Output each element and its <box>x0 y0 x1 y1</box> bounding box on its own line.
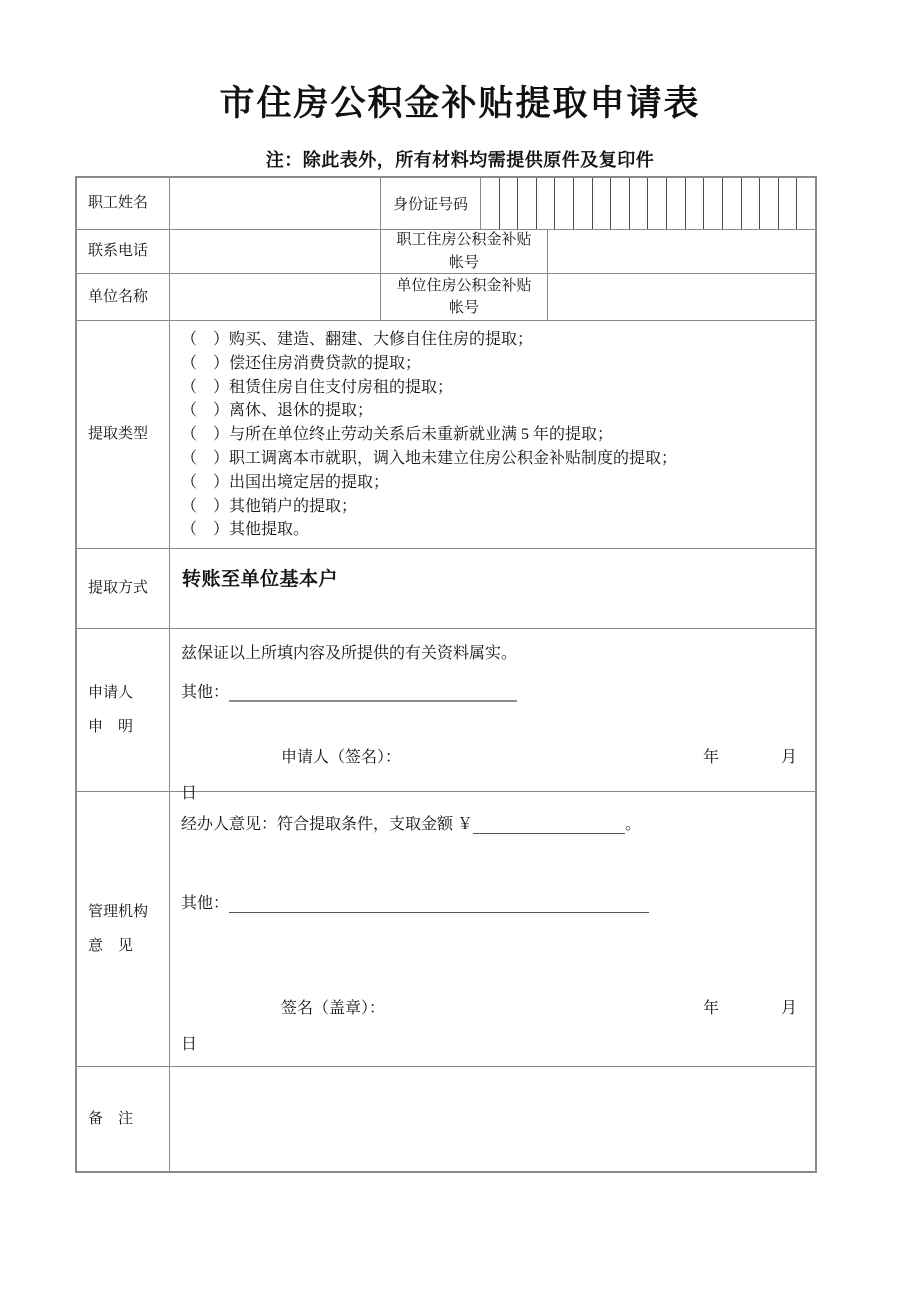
row-withdraw-method: 提取方式 转账至单位基本户 <box>77 548 815 628</box>
id-digit-cell[interactable] <box>592 178 611 229</box>
withdraw-method-value: 转账至单位基本户 <box>170 549 815 591</box>
id-number-cells <box>480 178 815 229</box>
id-digit-cell[interactable] <box>759 178 778 229</box>
withdraw-method-label: 提取方式 <box>77 549 169 628</box>
withdraw-type-option[interactable]: （ ）其他提取。 <box>181 518 809 542</box>
row-employee-name: 职工姓名 身份证号码 <box>77 178 815 229</box>
agency-other-label: 其他： <box>181 890 229 913</box>
agency-opinion-text: 经办人意见：符合提取条件，支取金额 ￥ <box>181 811 473 834</box>
row-remarks: 备 注 <box>77 1066 815 1171</box>
agency-day-label: 日 <box>181 1031 805 1054</box>
agency-amount-field[interactable] <box>473 817 625 834</box>
applicant-other-line: 其他： <box>181 679 805 702</box>
row-agency-opinion: 管理机构 意 见 经办人意见：符合提取条件，支取金额 ￥ 。 其他： 签名（盖章… <box>77 791 815 1066</box>
company-name-field[interactable] <box>169 274 380 320</box>
id-digit-cell[interactable] <box>536 178 555 229</box>
agency-opinion-cell: 经办人意见：符合提取条件，支取金额 ￥ 。 其他： 签名（盖章）： 年 月 日 <box>169 792 815 1066</box>
withdraw-type-option[interactable]: （ ）租赁住房自住支付房租的提取； <box>181 376 809 400</box>
applicant-declaration-label: 申请人 申 明 <box>77 629 169 791</box>
row-contact-phone: 联系电话 职工住房公积金补贴帐号 <box>77 229 815 273</box>
agency-opinion-label: 管理机构 意 见 <box>77 792 169 1066</box>
agency-sign-row: 签名（盖章）： 年 月 <box>181 995 805 1018</box>
employee-account-label: 职工住房公积金补贴帐号 <box>380 230 547 273</box>
employee-name-field[interactable] <box>169 178 380 229</box>
withdraw-type-option[interactable]: （ ）购买、建造、翻建、大修自住住房的提取； <box>181 328 809 352</box>
agency-opinion-period: 。 <box>625 811 641 834</box>
id-digit-cell[interactable] <box>703 178 722 229</box>
employee-account-field[interactable] <box>547 230 815 273</box>
form-note: 注：除此表外，所有材料均需提供原件及复印件 <box>0 146 920 172</box>
contact-phone-field[interactable] <box>169 230 380 273</box>
id-digit-cell[interactable] <box>666 178 685 229</box>
withdraw-type-option[interactable]: （ ）出国出境定居的提取； <box>181 471 809 495</box>
applicant-other-label: 其他： <box>181 679 229 702</box>
remarks-field[interactable] <box>169 1067 815 1171</box>
company-name-label: 单位名称 <box>77 274 169 320</box>
id-digit-cell[interactable] <box>554 178 573 229</box>
withdraw-type-option[interactable]: （ ）离休、退休的提取； <box>181 399 809 423</box>
withdraw-type-label: 提取类型 <box>77 321 169 548</box>
id-digit-cell[interactable] <box>722 178 741 229</box>
id-digit-cell[interactable] <box>796 178 815 229</box>
applicant-month-label: 月 <box>781 744 797 767</box>
withdraw-method-cell: 转账至单位基本户 <box>169 549 815 628</box>
id-digit-cell[interactable] <box>573 178 592 229</box>
agency-other-field[interactable] <box>229 896 649 913</box>
agency-other-line: 其他： <box>181 890 805 913</box>
applicant-declaration-cell: 兹保证以上所填内容及所提供的有关资料属实。 其他： 申请人（签名）： 年 月 日 <box>169 629 815 791</box>
applicant-sign-row: 申请人（签名）： 年 月 <box>181 744 805 767</box>
agency-month-label: 月 <box>781 995 797 1018</box>
id-digit-cell[interactable] <box>610 178 629 229</box>
company-account-field[interactable] <box>547 274 815 320</box>
company-account-label: 单位住房公积金补贴帐号 <box>380 274 547 320</box>
form-title: 市住房公积金补贴提取申请表 <box>0 0 920 126</box>
applicant-sign-label[interactable]: 申请人（签名）： <box>281 744 401 767</box>
withdraw-type-options: （ ）购买、建造、翻建、大修自住住房的提取；（ ）偿还住房消费贷款的提取；（ ）… <box>169 321 815 548</box>
applicant-other-field[interactable] <box>229 685 517 702</box>
id-digit-cell[interactable] <box>517 178 536 229</box>
agency-sign-label[interactable]: 签名（盖章）： <box>281 995 385 1018</box>
withdraw-type-option[interactable]: （ ）偿还住房消费贷款的提取； <box>181 352 809 376</box>
employee-name-label: 职工姓名 <box>77 178 169 229</box>
id-digit-cell[interactable] <box>481 178 499 229</box>
id-digit-cell[interactable] <box>647 178 666 229</box>
row-withdraw-type: 提取类型 （ ）购买、建造、翻建、大修自住住房的提取；（ ）偿还住房消费贷款的提… <box>77 320 815 548</box>
id-digit-cell[interactable] <box>741 178 760 229</box>
withdraw-type-option[interactable]: （ ）与所在单位终止劳动关系后未重新就业满 5 年的提取； <box>181 423 809 447</box>
contact-phone-label: 联系电话 <box>77 230 169 273</box>
id-digit-cell[interactable] <box>778 178 797 229</box>
withdraw-type-option[interactable]: （ ）职工调离本市就职，调入地未建立住房公积金补贴制度的提取； <box>181 447 809 471</box>
application-form-table: 职工姓名 身份证号码 联系电话 职工住房公积金补贴帐号 单位名称 单位住房公积 <box>75 176 817 1173</box>
id-digit-cell[interactable] <box>499 178 518 229</box>
id-digit-cell[interactable] <box>629 178 648 229</box>
remarks-label: 备 注 <box>77 1067 169 1171</box>
applicant-year-label: 年 <box>703 744 719 767</box>
row-applicant-declaration: 申请人 申 明 兹保证以上所填内容及所提供的有关资料属实。 其他： 申请人（签名… <box>77 628 815 791</box>
document-page: 市住房公积金补贴提取申请表 注：除此表外，所有材料均需提供原件及复印件 职工姓名… <box>0 0 920 1302</box>
agency-opinion-line: 经办人意见：符合提取条件，支取金额 ￥ 。 <box>181 792 805 834</box>
applicant-statement: 兹保证以上所填内容及所提供的有关资料属实。 <box>181 629 805 663</box>
row-company-name: 单位名称 单位住房公积金补贴帐号 <box>77 273 815 320</box>
id-number-label: 身份证号码 <box>380 178 480 229</box>
withdraw-type-option[interactable]: （ ）其他销户的提取； <box>181 495 809 519</box>
agency-year-label: 年 <box>703 995 719 1018</box>
id-digit-cell[interactable] <box>685 178 704 229</box>
